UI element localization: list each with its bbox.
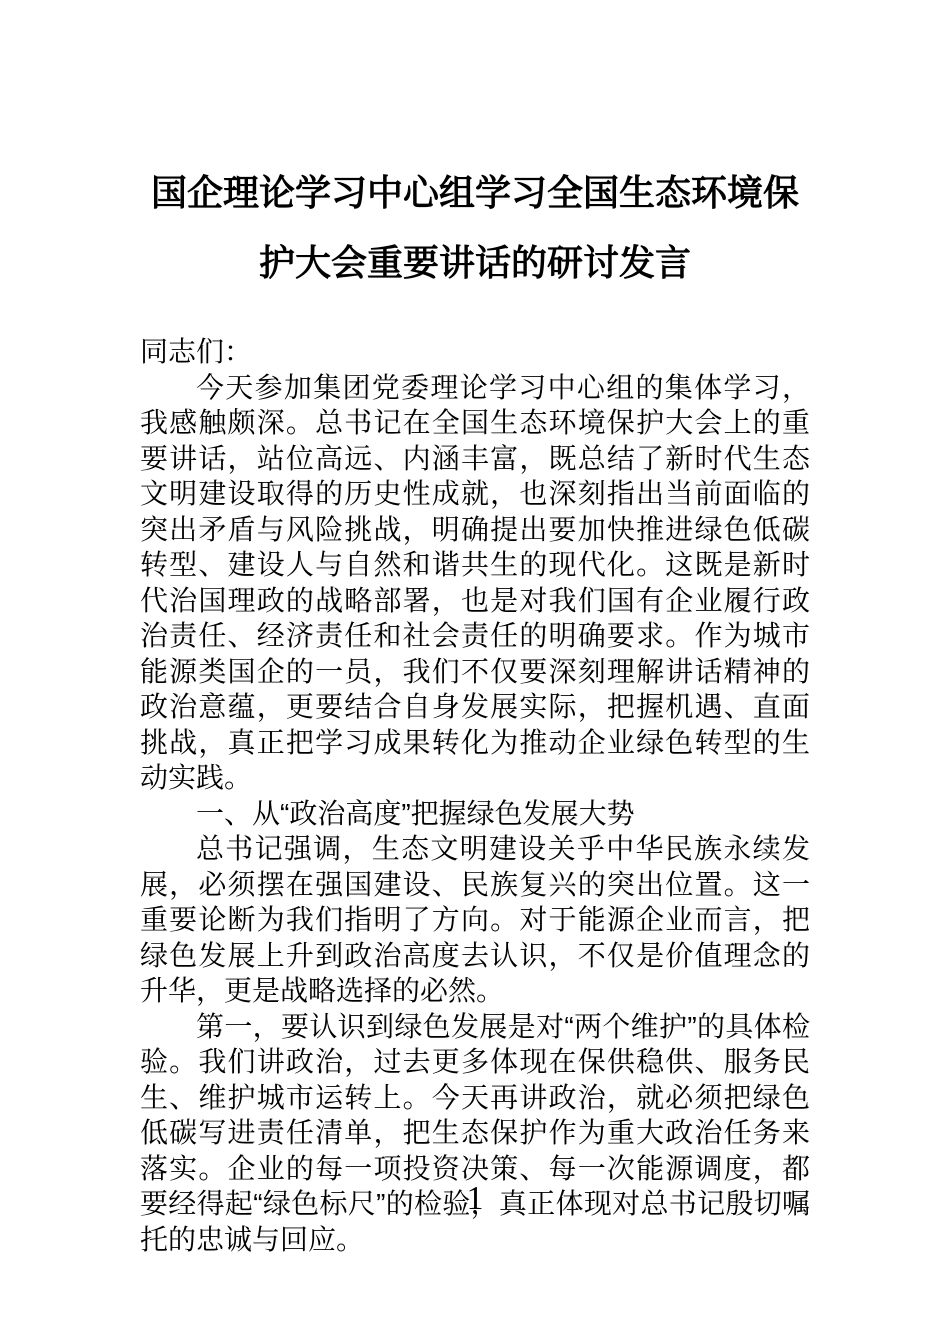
salutation: 同志们： [140, 334, 810, 370]
paragraph-intro: 今天参加集团党委理论学习中心组的集体学习，我感触颇深。总书记在全国生态环境保护大… [140, 370, 810, 796]
document-title: 国企理论学习中心组学习全国生态环境保护大会重要讲话的研讨发言 [140, 158, 810, 298]
page-number: 1 [467, 1180, 484, 1217]
document-page: 国企理论学习中心组学习全国生态环境保护大会重要讲话的研讨发言 同志们： 今天参加… [0, 0, 950, 1344]
paragraph-section1-body: 总书记强调，生态文明建设关乎中华民族永续发展，必须摆在强国建设、民族复兴的突出位… [140, 831, 810, 1009]
paragraph-first-point: 第一，要认识到绿色发展是对“两个维护”的具体检验。我们讲政治，过去更多体现在保供… [140, 1009, 810, 1258]
section-heading-1: 一、从“政治高度”把握绿色发展大势 [140, 796, 810, 832]
page-footer: 1 [0, 1182, 950, 1216]
document-body: 同志们： 今天参加集团党委理论学习中心组的集体学习，我感触颇深。总书记在全国生态… [140, 334, 810, 1257]
